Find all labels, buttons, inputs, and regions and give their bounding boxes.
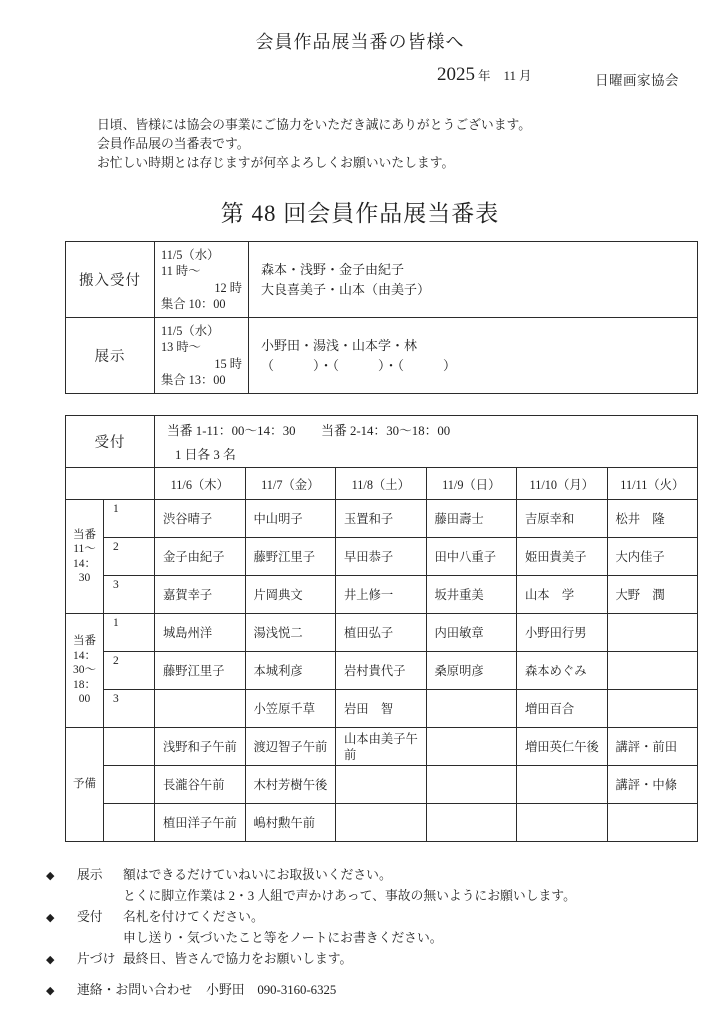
setup-members-cell: 森本・浅野・金子由紀子 大良喜美子・山本（由美子） xyxy=(249,242,698,318)
members-line: 小野田・湯浅・山本学・林 xyxy=(261,336,696,356)
table-row: 2 金子由紀子 藤野江里子 早田恭子 田中八重子 姫田貴美子 大内佳子 xyxy=(66,538,698,576)
diamond-bullet-icon: ◆ xyxy=(46,865,77,887)
duty-slot-number xyxy=(104,728,155,766)
duty-slot-number: 2 xyxy=(104,652,155,690)
duty-cell xyxy=(607,804,698,842)
duty-cell xyxy=(517,766,608,804)
setup-row-label: 搬入受付 xyxy=(66,242,155,318)
duty-cell: 講評・前田 xyxy=(607,728,698,766)
schedule-line: 13 時～ xyxy=(161,339,242,356)
note-cleanup: ◆ 片づけ 最終日、皆さんで協力をお願いします。 xyxy=(46,949,720,971)
duty-cell: 城島州洋 xyxy=(155,614,246,652)
setup-table: 搬入受付 11/5（水） 11 時～ 12 時 集合 10：00 森本・浅野・金… xyxy=(65,241,698,394)
table-row: 3 小笠原千草 岩田 智 増田百合 xyxy=(66,690,698,728)
duty-cell: 坂井重美 xyxy=(426,576,517,614)
note-label: 受付 xyxy=(77,907,123,928)
duty-slot-number: 2 xyxy=(104,538,155,576)
duty-cell: 岩村貴代子 xyxy=(336,652,427,690)
duty-group-label: 当番 14： 30～ 18： 00 xyxy=(66,614,104,728)
duty-cell xyxy=(155,690,246,728)
duty-group-label: 当番 11～ 14： 30 xyxy=(66,500,104,614)
table-row: 当番 11～ 14： 30 1 渋谷晴子 中山明子 玉置和子 藤田壽士 吉原幸和… xyxy=(66,500,698,538)
schedule-line: 集合 10：00 xyxy=(161,296,242,313)
reserve-group-label: 予備 xyxy=(66,728,104,842)
duty-cell: 内田敏章 xyxy=(426,614,517,652)
duty-cell: 長瀧谷午前 xyxy=(155,766,246,804)
duty-cell: 増田百合 xyxy=(517,690,608,728)
members-line: （ ）・（ ）・（ ） xyxy=(261,356,696,376)
duty-slot-number: 3 xyxy=(104,576,155,614)
document-page: 会員作品展当番の皆様へ 2025年11月 日曜画家協会 日頃、皆様には協会の事業… xyxy=(0,0,720,1024)
greeting-line: 会員作品展の当番表です。 xyxy=(97,135,720,154)
setup-schedule-cell: 11/5（水） 13 時～ 15 時 集合 13：00 xyxy=(155,318,249,394)
duty-cell: 金子由紀子 xyxy=(155,538,246,576)
schedule-line: 12 時 xyxy=(161,280,242,297)
note-label: 連絡・お問い合わせ xyxy=(77,980,192,1001)
duty-cell: 藤野江里子 xyxy=(245,538,336,576)
duty-cell: 井上修一 xyxy=(336,576,427,614)
note-reception: ◆ 受付 名札を付けてください。 申し送り・気づいたこと等をノートにお書きくださ… xyxy=(46,907,720,949)
date-header: 11/6（木） xyxy=(155,468,246,500)
duty-cell xyxy=(517,804,608,842)
date-header: 11/11（火） xyxy=(607,468,698,500)
date-year: 2025 xyxy=(437,64,475,85)
duty-cell xyxy=(336,804,427,842)
note-line: とくに脚立作業は 2・3 人組で声かけあって、事故の無いようにお願いします。 xyxy=(123,886,576,907)
duty-cell: 浅野和子午前 xyxy=(155,728,246,766)
document-date: 2025年11月 xyxy=(437,64,532,86)
duty-cell xyxy=(607,652,698,690)
duty-cell: 山本 学 xyxy=(517,576,608,614)
greeting-line: お忙しい時期とは存じますが何卒よろしくお願いいたします。 xyxy=(97,154,720,173)
blank-cell xyxy=(66,468,155,500)
roster-title: 第 48 回会員作品展当番表 xyxy=(0,195,720,228)
duty-cell: 増田英仁午後 xyxy=(517,728,608,766)
duty-slot-number xyxy=(104,804,155,842)
duty-cell: 吉原幸和 xyxy=(517,500,608,538)
duty-cell: 渡辺智子午前 xyxy=(245,728,336,766)
table-row: 11/6（木） 11/7（金） 11/8（土） 11/9（日） 11/10（月）… xyxy=(66,468,698,500)
note-label: 展示 xyxy=(77,865,123,886)
date-month: 11 xyxy=(504,68,517,83)
notes-section: ◆ 展示 額はできるだけていねいにお取扱いください。 とくに脚立作業は 2・3 … xyxy=(46,865,720,1002)
duty-cell: 嶋村勲午前 xyxy=(245,804,336,842)
table-row: 3 嘉賀幸子 片岡典文 井上修一 坂井重美 山本 学 大野 潤 xyxy=(66,576,698,614)
note-line: 名札を付けてください。 xyxy=(123,907,443,928)
table-row: 長瀧谷午前 木村芳樹午後 講評・中條 xyxy=(66,766,698,804)
table-row: 受付 当番 1-11：00～14：30 当番 2-14：30～18：00 1 日… xyxy=(66,416,698,468)
schedule-line: 集合 13：00 xyxy=(161,372,242,389)
greeting-paragraph: 日頃、皆様には協会の事業にご協力をいただき誠にありがとうございます。 会員作品展… xyxy=(97,116,720,173)
duty-cell: 松井 隆 xyxy=(607,500,698,538)
duty-cell xyxy=(336,766,427,804)
duty-cell: 講評・中條 xyxy=(607,766,698,804)
table-row: 予備 浅野和子午前 渡辺智子午前 山本由美子午前 増田英仁午後 講評・前田 xyxy=(66,728,698,766)
duty-cell: 早田恭子 xyxy=(336,538,427,576)
duty-slot-number: 3 xyxy=(104,690,155,728)
note-body: 名札を付けてください。 申し送り・気づいたこと等をノートにお書きください。 xyxy=(123,907,443,949)
duty-cell: 大内佳子 xyxy=(607,538,698,576)
note-body: 最終日、皆さんで協力をお願いします。 xyxy=(123,949,352,970)
setup-schedule-cell: 11/5（水） 11 時～ 12 時 集合 10：00 xyxy=(155,242,249,318)
duty-cell: 大野 潤 xyxy=(607,576,698,614)
note-body: 額はできるだけていねいにお取扱いください。 とくに脚立作業は 2・3 人組で声か… xyxy=(123,865,576,907)
duty-cell: 田中八重子 xyxy=(426,538,517,576)
shift-times: 当番 1-11：00～14：30 当番 2-14：30～18：00 xyxy=(167,420,696,439)
setup-row-label: 展示 xyxy=(66,318,155,394)
table-row: 搬入受付 11/5（水） 11 時～ 12 時 集合 10：00 森本・浅野・金… xyxy=(66,242,698,318)
duty-roster-table: 受付 当番 1-11：00～14：30 当番 2-14：30～18：00 1 日… xyxy=(65,415,698,842)
date-header: 11/9（日） xyxy=(426,468,517,500)
date-month-unit: 月 xyxy=(519,69,532,83)
note-line: 申し送り・気づいたこと等をノートにお書きください。 xyxy=(123,928,443,949)
note-line: 額はできるだけていねいにお取扱いください。 xyxy=(123,865,576,886)
shift-info-cell: 当番 1-11：00～14：30 当番 2-14：30～18：00 1 日各 3… xyxy=(155,416,698,468)
duty-cell: 本城利彦 xyxy=(245,652,336,690)
greeting-line: 日頃、皆様には協会の事業にご協力をいただき誠にありがとうございます。 xyxy=(97,116,720,135)
duty-slot-number xyxy=(104,766,155,804)
duty-cell: 小野田行男 xyxy=(517,614,608,652)
date-header: 11/7（金） xyxy=(245,468,336,500)
schedule-line: 11 時～ xyxy=(161,263,242,280)
duty-slot-number: 1 xyxy=(104,500,155,538)
contact-phone: 小野田 090-3160-6325 xyxy=(206,980,336,1001)
duty-cell: 小笠原千草 xyxy=(245,690,336,728)
table-row: 展示 11/5（水） 13 時～ 15 時 集合 13：00 小野田・湯浅・山本… xyxy=(66,318,698,394)
duty-cell xyxy=(607,614,698,652)
shift-note: 1 日各 3 名 xyxy=(167,444,696,463)
date-line: 2025年11月 日曜画家協会 xyxy=(0,64,720,90)
duty-cell: 渋谷晴子 xyxy=(155,500,246,538)
date-year-unit: 年 xyxy=(478,69,491,83)
duty-cell: 湯浅悦二 xyxy=(245,614,336,652)
setup-members-cell: 小野田・湯浅・山本学・林 （ ）・（ ）・（ ） xyxy=(249,318,698,394)
schedule-line: 11/5（水） xyxy=(161,247,242,264)
duty-cell xyxy=(426,690,517,728)
duty-cell xyxy=(607,690,698,728)
diamond-bullet-icon: ◆ xyxy=(46,980,77,1002)
schedule-line: 11/5（水） xyxy=(161,323,242,340)
reception-label: 受付 xyxy=(66,416,155,468)
duty-cell: 玉置和子 xyxy=(336,500,427,538)
duty-cell: 山本由美子午前 xyxy=(336,728,427,766)
duty-cell: 嘉賀幸子 xyxy=(155,576,246,614)
note-line: 最終日、皆さんで協力をお願いします。 xyxy=(123,949,352,970)
duty-cell: 藤野江里子 xyxy=(155,652,246,690)
organization-name: 日曜画家協会 xyxy=(595,69,679,89)
diamond-bullet-icon: ◆ xyxy=(46,907,77,929)
letter-title: 会員作品展当番の皆様へ xyxy=(0,28,720,54)
table-row: 植田洋子午前 嶋村勲午前 xyxy=(66,804,698,842)
duty-cell: 桑原明彦 xyxy=(426,652,517,690)
duty-cell xyxy=(426,766,517,804)
duty-cell: 森本めぐみ xyxy=(517,652,608,690)
duty-cell xyxy=(426,804,517,842)
schedule-line: 15 時 xyxy=(161,356,242,373)
note-contact: ◆ 連絡・お問い合わせ 小野田 090-3160-6325 xyxy=(46,980,720,1002)
table-row: 2 藤野江里子 本城利彦 岩村貴代子 桑原明彦 森本めぐみ xyxy=(66,652,698,690)
table-row: 当番 14： 30～ 18： 00 1 城島州洋 湯浅悦二 植田弘子 内田敏章 … xyxy=(66,614,698,652)
duty-slot-number: 1 xyxy=(104,614,155,652)
duty-cell: 植田弘子 xyxy=(336,614,427,652)
date-header: 11/8（土） xyxy=(336,468,427,500)
duty-cell: 姫田貴美子 xyxy=(517,538,608,576)
members-line: 森本・浅野・金子由紀子 xyxy=(261,260,696,280)
note-exhibit: ◆ 展示 額はできるだけていねいにお取扱いください。 とくに脚立作業は 2・3 … xyxy=(46,865,720,907)
duty-cell: 片岡典文 xyxy=(245,576,336,614)
duty-cell: 木村芳樹午後 xyxy=(245,766,336,804)
diamond-bullet-icon: ◆ xyxy=(46,949,77,971)
duty-cell: 岩田 智 xyxy=(336,690,427,728)
duty-cell: 植田洋子午前 xyxy=(155,804,246,842)
note-label: 片づけ xyxy=(77,949,123,970)
duty-cell: 中山明子 xyxy=(245,500,336,538)
duty-cell: 藤田壽士 xyxy=(426,500,517,538)
duty-cell xyxy=(426,728,517,766)
members-line: 大良喜美子・山本（由美子） xyxy=(261,280,696,300)
note-body: 小野田 090-3160-6325 xyxy=(206,980,336,1001)
date-header: 11/10（月） xyxy=(517,468,608,500)
